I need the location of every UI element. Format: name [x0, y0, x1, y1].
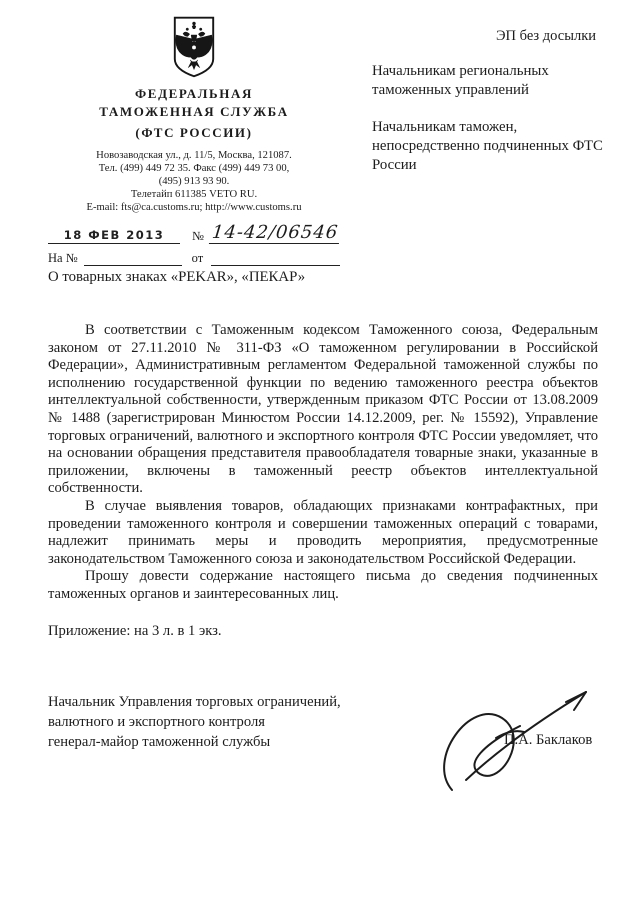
date-stamp: 18 ФЕВ 2013	[48, 228, 180, 244]
outgoing-number-handwritten: 14-42/06546	[209, 223, 341, 244]
letterhead: ФЕДЕРАЛЬНАЯ ТАМОЖЕННАЯ СЛУЖБА (ФТС РОССИ…	[48, 12, 340, 266]
address-line: Телетайп 611385 VETO RU.	[48, 188, 340, 201]
customs-emblem-icon	[48, 12, 340, 84]
recipient-address: Начальникам региональных таможенных упра…	[372, 62, 604, 100]
reply-from-blank	[211, 252, 340, 266]
body-paragraph: В соответствии с Таможенным кодексом Там…	[48, 322, 598, 498]
signer-titles: Начальник Управления торговых ограничени…	[48, 692, 388, 752]
signer-name: П.А. Баклаков	[504, 732, 592, 749]
reply-no-label: На №	[48, 251, 78, 266]
org-name-line1: ФЕДЕРАЛЬНАЯ	[48, 86, 340, 102]
delivery-method-note: ЭП без досылки	[370, 28, 596, 45]
body-paragraph: В случае выявления товаров, обладающих п…	[48, 498, 598, 568]
body-paragraph: Прошу довести содержание настоящего пись…	[48, 568, 598, 603]
signer-title-line: Начальник Управления торговых ограничени…	[48, 692, 388, 712]
incoming-ref-row: На № от	[48, 251, 340, 266]
address-line: E-mail: fts@ca.customs.ru; http://www.cu…	[48, 201, 340, 214]
org-name-line2: ТАМОЖЕННАЯ СЛУЖБА	[48, 104, 340, 120]
attachment-note: Приложение: на 3 л. в 1 экз.	[48, 623, 598, 641]
outgoing-ref-row: 18 ФЕВ 2013 № 14-42/06546	[48, 223, 340, 244]
recipients-block: Начальникам региональных таможенных упра…	[372, 62, 604, 175]
letter-body: В соответствии с Таможенным кодексом Там…	[48, 322, 598, 640]
number-sign-label: №	[192, 229, 204, 244]
address-line: Новозаводская ул., д. 11/5, Москва, 1210…	[48, 149, 340, 162]
org-short-name: (ФТС РОССИИ)	[48, 125, 340, 141]
reply-no-blank	[84, 252, 182, 266]
recipient-address: Начальникам таможен, непосредственно под…	[372, 118, 604, 175]
reply-from-label: от	[192, 251, 204, 266]
subject-line: О товарных знаках «PEKAR», «ПЕКАР»	[48, 269, 305, 286]
address-line: Тел. (499) 449 72 35. Факс (499) 449 73 …	[48, 162, 340, 175]
address-line: (495) 913 93 90.	[48, 175, 340, 188]
org-address-block: Новозаводская ул., д. 11/5, Москва, 1210…	[48, 149, 340, 214]
signature-block: Начальник Управления торговых ограничени…	[48, 692, 598, 832]
scanned-letter-page: ФЕДЕРАЛЬНАЯ ТАМОЖЕННАЯ СЛУЖБА (ФТС РОССИ…	[0, 0, 640, 905]
signer-title-line: генерал-майор таможенной службы	[48, 732, 388, 752]
signer-title-line: валютного и экспортного контроля	[48, 712, 388, 732]
